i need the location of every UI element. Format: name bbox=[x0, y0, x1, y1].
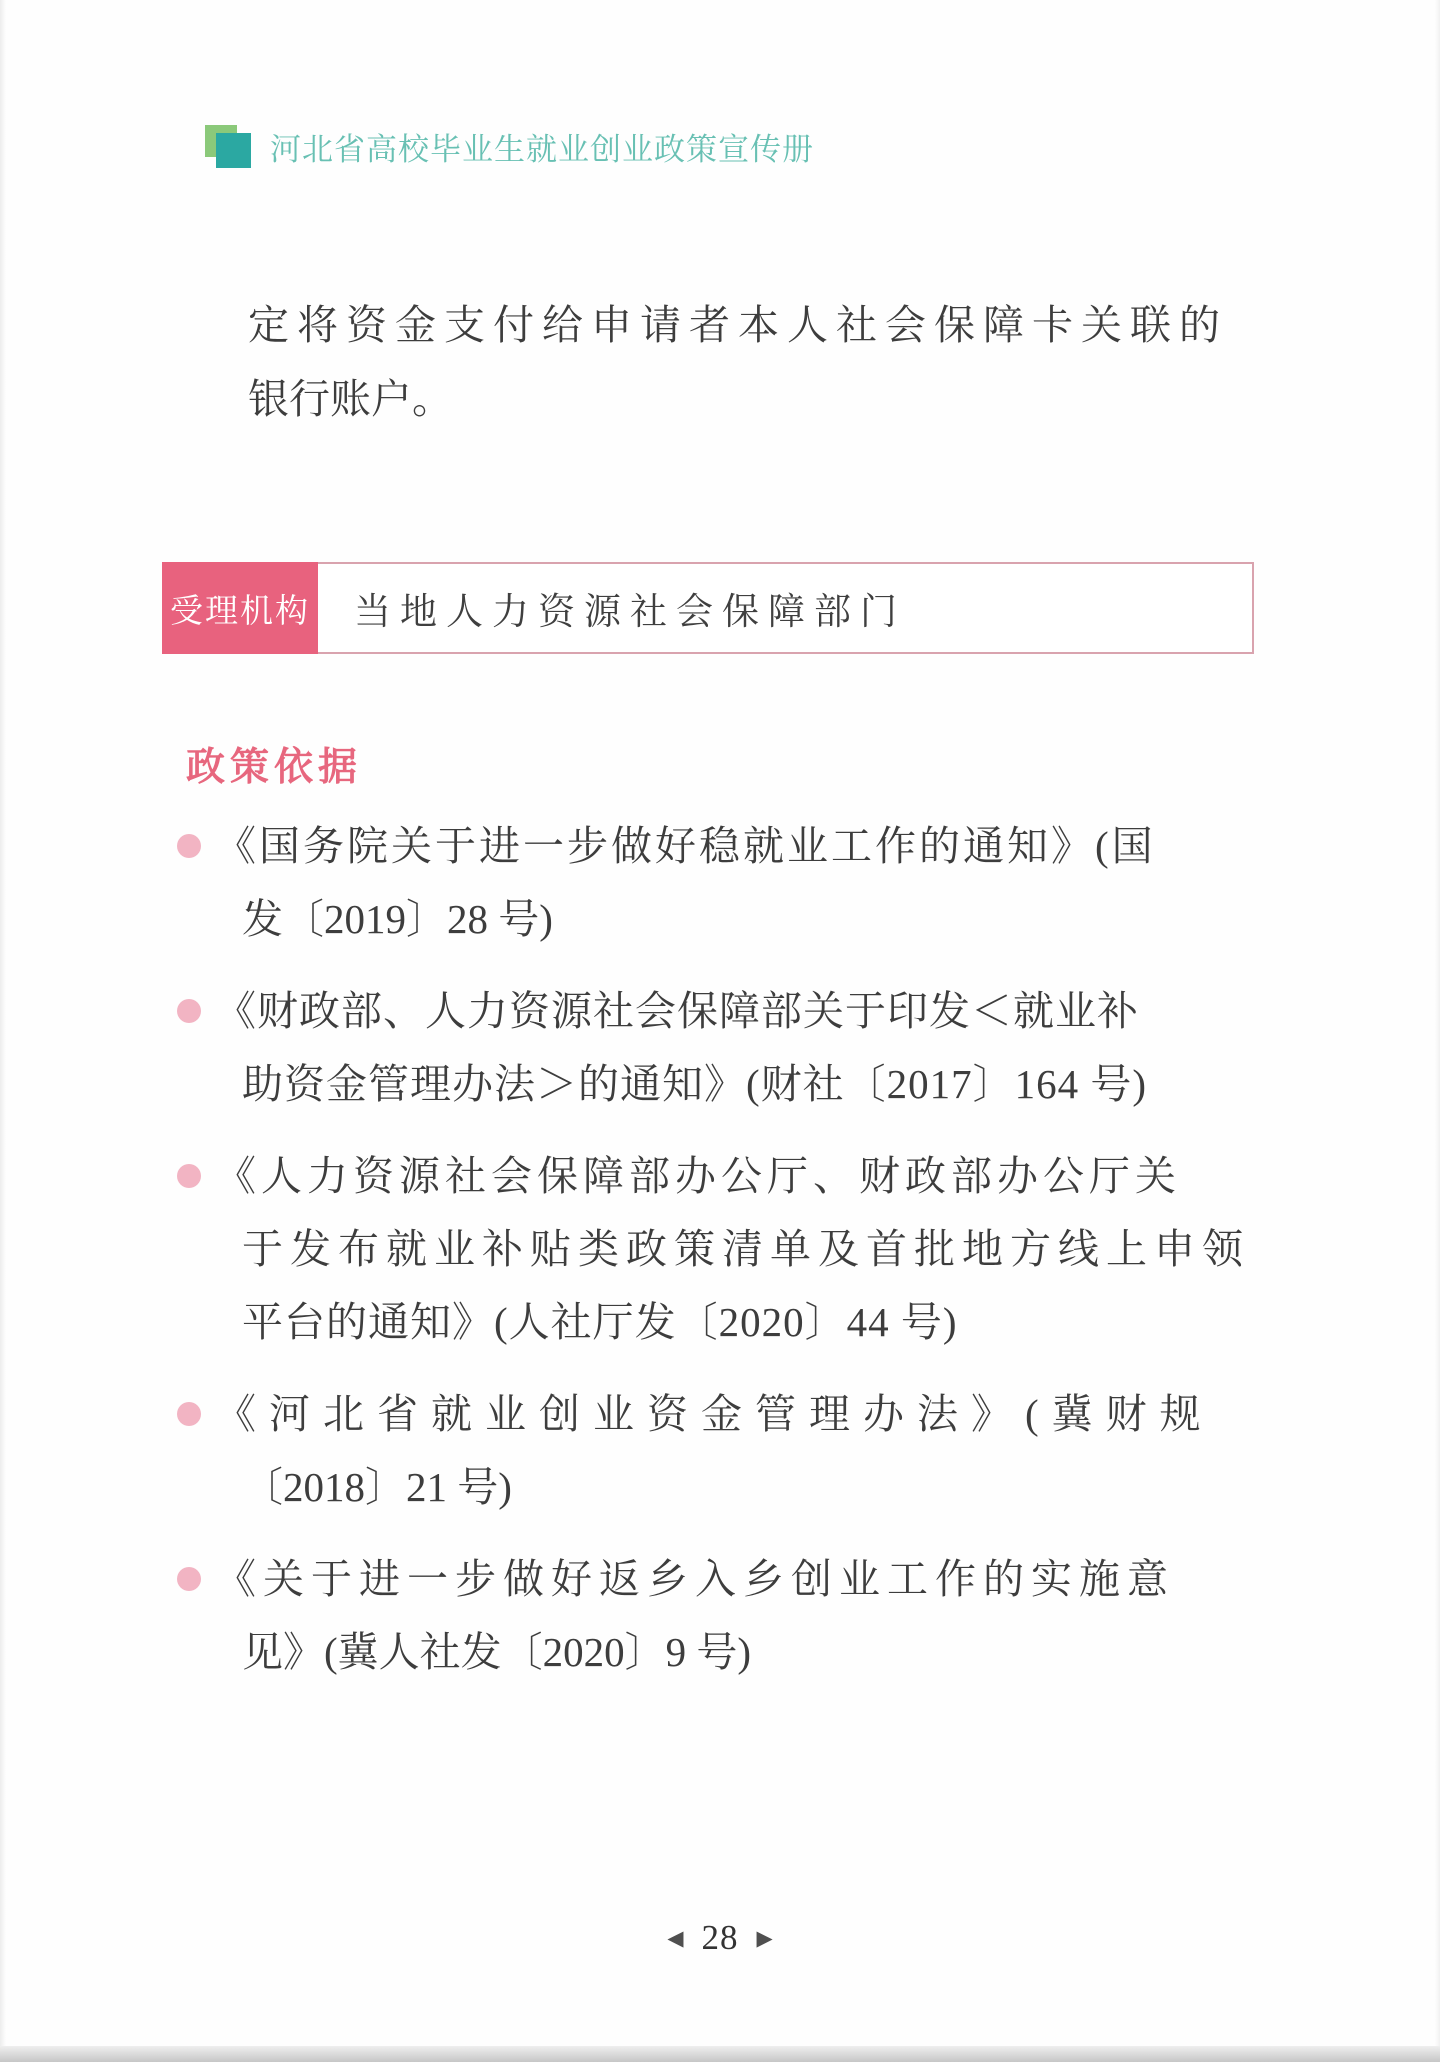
logo-teal-square bbox=[216, 133, 251, 168]
policy-item: 《河北省就业创业资金管理办法》(冀财规 〔2018〕21 号) bbox=[215, 1378, 1305, 1524]
bullet-icon bbox=[177, 1164, 201, 1188]
policy-item-line: 《河北省就业创业资金管理办法》(冀财规 bbox=[215, 1378, 1305, 1451]
policy-item-line: 《财政部、人力资源社会保障部关于印发＜就业补 bbox=[215, 975, 1305, 1048]
prev-page-icon: ◀ bbox=[667, 1916, 683, 1960]
intro-line: 银行账户。 bbox=[248, 362, 1308, 436]
page-edge-right bbox=[1435, 0, 1440, 2062]
agency-value: 当地人力资源社会保障部门 bbox=[318, 564, 1252, 652]
accepting-agency-box: 受理机构 当地人力资源社会保障部门 bbox=[162, 562, 1254, 654]
header-title: 河北省高校毕业生就业创业政策宣传册 bbox=[270, 124, 814, 169]
page-edge-left bbox=[0, 0, 6, 2062]
intro-paragraph: 定将资金支付给申请者本人社会保障卡关联的 银行账户。 bbox=[248, 288, 1308, 436]
page-number: 28 bbox=[702, 1916, 739, 1960]
policy-item-line: 见》(冀人社发〔2020〕9 号) bbox=[215, 1616, 1305, 1689]
policy-item-line: 于发布就业补贴类政策清单及首批地方线上申领 bbox=[215, 1213, 1305, 1286]
policy-item-line: 《人力资源社会保障部办公厅、财政部办公厅关 bbox=[215, 1140, 1305, 1213]
next-page-icon: ▶ bbox=[757, 1916, 773, 1960]
page-footer: ◀ 28 ▶ bbox=[0, 1916, 1440, 1960]
policy-item-line: 《关于进一步做好返乡入乡创业工作的实施意 bbox=[215, 1543, 1305, 1616]
bullet-icon bbox=[177, 834, 201, 858]
bullet-icon bbox=[177, 1402, 201, 1426]
page-header: 河北省高校毕业生就业创业政策宣传册 bbox=[205, 124, 814, 169]
policy-item: 《人力资源社会保障部办公厅、财政部办公厅关 于发布就业补贴类政策清单及首批地方线… bbox=[215, 1140, 1305, 1359]
policy-item-line: 发〔2019〕28 号) bbox=[215, 883, 1305, 956]
policy-item: 《关于进一步做好返乡入乡创业工作的实施意 见》(冀人社发〔2020〕9 号) bbox=[215, 1543, 1305, 1689]
policy-item: 《财政部、人力资源社会保障部关于印发＜就业补 助资金管理办法＞的通知》(财社〔2… bbox=[215, 975, 1305, 1121]
policy-item-line: 助资金管理办法＞的通知》(财社〔2017〕164 号) bbox=[215, 1048, 1305, 1121]
policy-item-line: 《国务院关于进一步做好稳就业工作的通知》(国 bbox=[215, 810, 1305, 883]
agency-label: 受理机构 bbox=[162, 562, 318, 654]
policy-basis-list: 《国务院关于进一步做好稳就业工作的通知》(国 发〔2019〕28 号) 《财政部… bbox=[215, 810, 1305, 1708]
bullet-icon bbox=[177, 999, 201, 1023]
brochure-page: 河北省高校毕业生就业创业政策宣传册 定将资金支付给申请者本人社会保障卡关联的 银… bbox=[0, 0, 1440, 2062]
policy-basis-heading: 政策依据 bbox=[186, 736, 362, 792]
brochure-logo-icon bbox=[205, 125, 253, 169]
intro-line: 定将资金支付给申请者本人社会保障卡关联的 bbox=[248, 288, 1308, 362]
policy-item-line: 平台的通知》(人社厅发〔2020〕44 号) bbox=[215, 1286, 1305, 1359]
bullet-icon bbox=[177, 1567, 201, 1591]
page-edge-bottom bbox=[0, 2046, 1440, 2062]
policy-item: 《国务院关于进一步做好稳就业工作的通知》(国 发〔2019〕28 号) bbox=[215, 810, 1305, 956]
policy-item-line: 〔2018〕21 号) bbox=[215, 1451, 1305, 1524]
